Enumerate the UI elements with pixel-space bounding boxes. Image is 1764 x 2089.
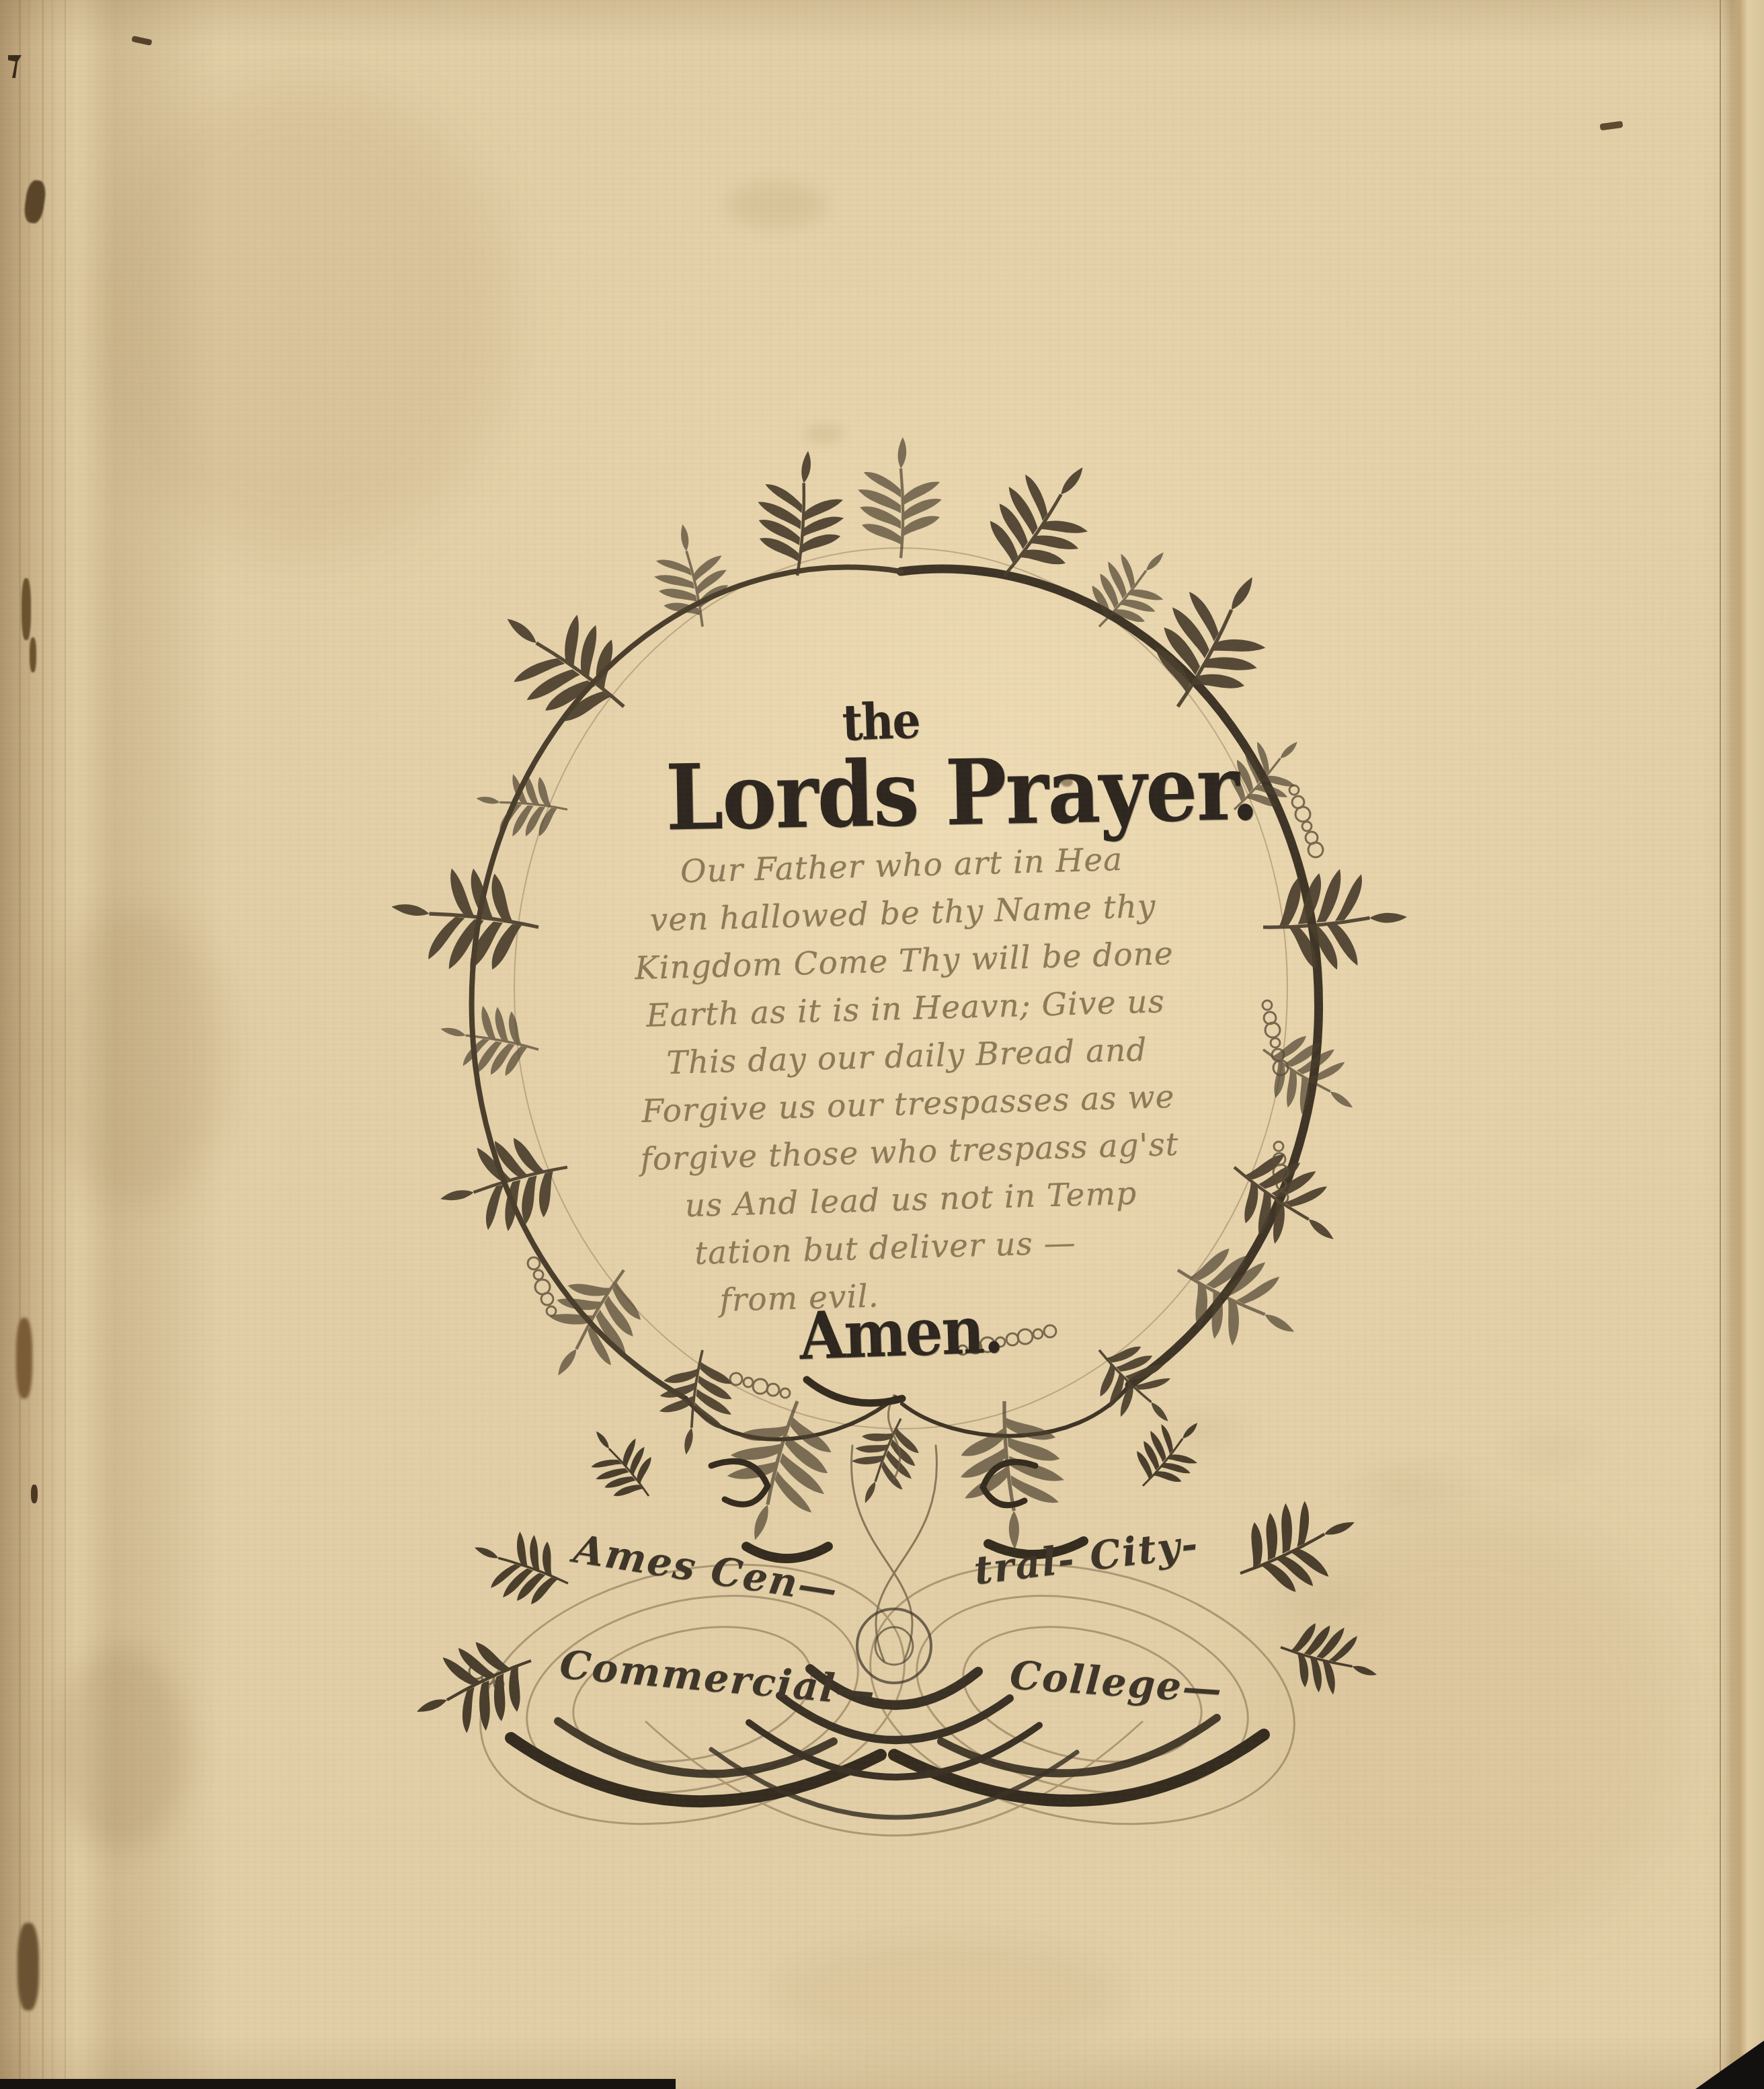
prayer-text-block: Our Father who art in Hea ven hallowed b… xyxy=(612,834,1203,1327)
amen-text: Amen. xyxy=(778,1290,1023,1376)
page-title: Lords Prayer. xyxy=(665,736,1137,851)
scanned-album-page: the Lords Prayer. Our Father who art in … xyxy=(0,0,1764,2089)
page-right-edge xyxy=(1720,0,1764,2089)
scan-black-bottom-bar xyxy=(0,2079,676,2089)
